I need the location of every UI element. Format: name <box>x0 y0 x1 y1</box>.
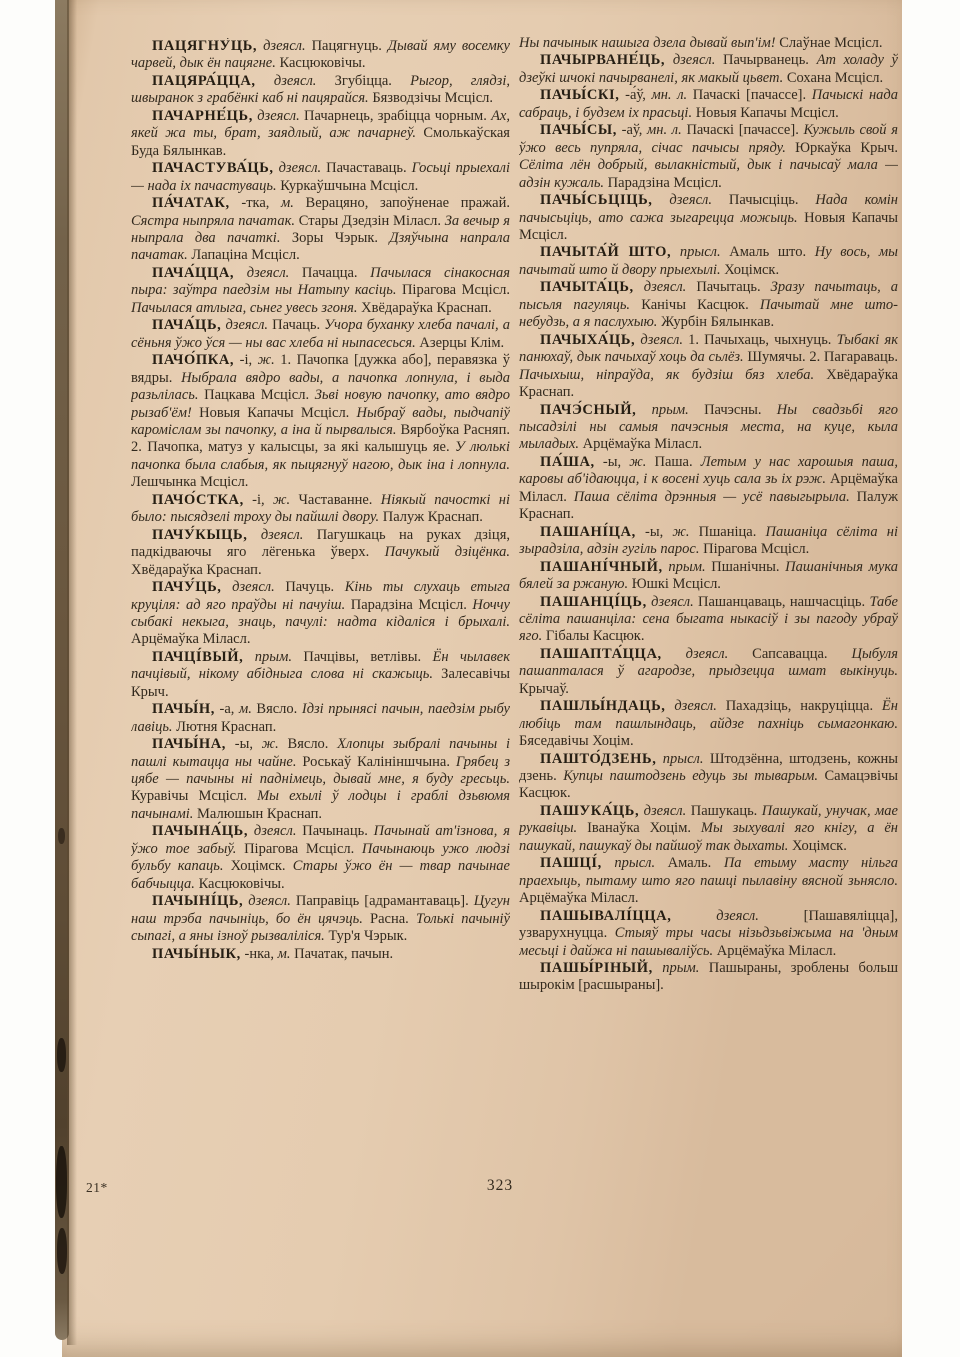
dictionary-entry: ПАШУКА́ЦЬ, дзеясл. Пашукаць. Пашукай, ун… <box>519 803 898 855</box>
italic-text: м. <box>234 701 251 717</box>
dictionary-entry: ПАЧАСТУВА́ЦЬ, дзеясл. Пачаставаць. Госьц… <box>131 160 510 195</box>
regular-text: Пашанцаваць, нашчасціць. <box>694 594 865 610</box>
italic-text: прым. <box>243 649 292 665</box>
headword: ПАЧЫХА́ЦЬ, <box>540 332 635 348</box>
italic-text: ж. <box>252 352 275 368</box>
dictionary-entry: ПАЧЫРВАНЕ́ЦЬ, дзеясл. Пачырванець. Ат хо… <box>519 52 898 87</box>
italic-text: дзеясл. <box>234 265 289 281</box>
italic-text: дзеясл. <box>274 160 322 176</box>
italic-text: Купцы паштодзень едуць зы тыварым. <box>557 768 818 784</box>
regular-text: Новыя Капачы Мсцісл. <box>192 405 349 421</box>
headword: ПАШУКА́ЦЬ, <box>540 803 639 819</box>
italic-text: мн. л. <box>642 122 681 138</box>
dictionary-entry: Ны пачынык нашыга дзела дывай вып'ім! Сл… <box>519 35 898 52</box>
italic-text: дзеясл. <box>634 279 687 295</box>
headword: ПАШЫВАЛІ́ЦЦА, <box>540 908 671 924</box>
italic-text: ж. <box>663 524 689 540</box>
italic-text: дзеясл. <box>222 579 275 595</box>
regular-text: Арцёмаўка Міласл. <box>519 890 638 906</box>
dictionary-entry: ПАЧУ́КЫЦЬ, дзеясл. Пагушкаць на руках дз… <box>131 527 510 579</box>
headword: ПАШЦІ́, <box>540 855 602 871</box>
dictionary-entry: ПАЧЫНІ́ЦЬ, дзеясл. Паправіць [адрамантав… <box>131 893 510 945</box>
regular-text: Хвёдараўка Краснап. <box>131 562 262 578</box>
dictionary-entry: ПАШТО́ДЗЕНЬ, прысл. Штодзённа, штодзень,… <box>519 751 898 803</box>
dictionary-entry: ПАШАПТА́ЦЦА, дзеясл. Сапсавацца. Цыбуля … <box>519 646 898 698</box>
italic-text: прысл. <box>656 751 703 767</box>
dictionary-entry: ПАЧА́ЦЬ, дзеясл. Пачаць. Учора буханку х… <box>131 317 510 352</box>
dictionary-entry: ПАЧЫ́СЫ, -аў, мн. л. Пачаскі [пачассе]. … <box>519 122 898 192</box>
headword: ПАЧЦІ́ВЫЙ, <box>152 649 243 665</box>
regular-text: Бяседавічы Хоцім. <box>519 733 634 749</box>
regular-text: Сапсавацца. <box>728 646 827 662</box>
regular-text: Частаванне. <box>290 492 372 508</box>
italic-text: дзеясл. <box>666 698 717 714</box>
regular-text: Іванаўка Хоцім. <box>577 820 691 836</box>
regular-text: Хоцімск. <box>721 262 780 278</box>
regular-text: Пшанічны. <box>706 559 780 575</box>
regular-text: Канічы Касцюк. <box>630 297 749 313</box>
italic-text: Пачыхыш, ніпраўда, як будзіш бяз хлеба. <box>519 367 814 383</box>
headword: ПАШАНІ́ЦА, <box>540 524 636 540</box>
ink-blotch <box>57 1038 66 1072</box>
headword: ПАЧЫ́НА, <box>152 736 226 752</box>
regular-text: Парадзіна Мсцісл. <box>604 175 722 191</box>
regular-text: Тур'я Чэрык. <box>325 928 407 944</box>
regular-text: Арцёмаўка Міласл. <box>713 943 836 959</box>
regular-text: Пшаніца. <box>689 524 756 540</box>
regular-text: Крычаў. <box>519 681 569 697</box>
headword: ПАЧЫТА́Й ШТО, <box>540 244 671 260</box>
regular-text: -ы, <box>226 736 253 752</box>
dictionary-entry: ПАЧО́ПКА, -і, ж. 1. Пачопка [дужка або],… <box>131 352 510 492</box>
headword: ПАЦЯГНУ́ЦЬ, <box>152 38 257 54</box>
italic-text: Пачукый дзіцёнка. <box>369 544 510 560</box>
regular-text: Амаль. <box>655 855 711 871</box>
headword: ПА́ША, <box>540 454 595 470</box>
regular-text: Малюшын Краснап. <box>193 806 322 822</box>
italic-text: м. <box>274 946 291 962</box>
dictionary-entry: ПАЧЫНА́ЦЬ, дзеясл. Пачынаць. Пачынай ат'… <box>131 823 510 893</box>
italic-text: Пачылася атлыга, сьнег увесь згоня. <box>131 300 358 316</box>
regular-text: Арцёмаўка Міласл. <box>131 631 250 647</box>
regular-text: Юркаўка Крыч. <box>786 140 898 156</box>
headword: ПАШЛЫ́НДАЦЬ, <box>540 698 666 714</box>
regular-text: Амаль што. <box>721 244 806 260</box>
italic-text: дзеясл. <box>671 908 758 924</box>
regular-text: Пахадзіць, накруціцца. <box>717 698 873 714</box>
italic-text: дзеясл. <box>635 332 683 348</box>
italic-text: ж. <box>253 736 279 752</box>
headword: ПАЧО́СТКА, <box>152 492 244 508</box>
dictionary-entry: ПА́ША, -ы, ж. Паша. Летым у нас харошыя … <box>519 454 898 524</box>
regular-text: Пачытаць. <box>686 279 760 295</box>
italic-text: дзеясл. <box>221 317 268 333</box>
italic-text: дзеясл. <box>253 108 300 124</box>
headword: ПАШАНЦІ́ЦЬ, <box>540 594 647 610</box>
italic-text: прым. <box>653 960 700 976</box>
regular-text: Пачысціць. <box>712 192 799 208</box>
italic-text: дзеясл. <box>248 823 296 839</box>
dictionary-entry: ПАШЫ́РІНЫЙ, прым. Пашыраны, зроблены бол… <box>519 960 898 995</box>
dictionary-entry: ПАЧО́СТКА, -і, ж. Частаванне. Ніякый пач… <box>131 492 510 527</box>
headword: ПАЧУ́КЫЦЬ, <box>152 527 247 543</box>
headword: ПАЧАРНЕ́ЦЬ, <box>152 108 253 124</box>
regular-text: Хоцімск. <box>788 838 847 854</box>
regular-text: Пачырванець. <box>715 52 809 68</box>
ink-blotch <box>58 828 65 844</box>
italic-text: дзеясл. <box>647 594 694 610</box>
regular-text: Вясло. <box>252 701 297 717</box>
italic-text: дзеясл. <box>662 646 728 662</box>
italic-text: дзеясл. <box>653 192 712 208</box>
regular-text: Пачынаць. <box>296 823 367 839</box>
dictionary-column-right: Ны пачынык нашыга дзела дывай вып'ім! Сл… <box>519 35 898 1200</box>
regular-text: Шумячы. 2. Пагараваць. <box>744 349 898 365</box>
ink-blotch <box>56 1146 67 1218</box>
regular-text: Пацкава Мсцісл. <box>199 387 310 403</box>
regular-text: Азерцы Клім. <box>416 335 504 351</box>
italic-text: Ны пачынык нашыга дзела дывай вып'ім! <box>519 35 776 51</box>
regular-text: -а́ў, <box>619 87 645 103</box>
dictionary-entry: ПАШАНІ́ЦА, -ы, ж. Пшаніца. Пашаніца сёлі… <box>519 524 898 559</box>
regular-text: -аў, <box>617 122 642 138</box>
regular-text: Пірагова Мсцісл. <box>396 282 510 298</box>
headword: ПАЧЭ́СНЫЙ, <box>540 402 636 418</box>
regular-text: Касцюковічы. <box>195 876 285 892</box>
regular-text: Згубіцца. <box>316 73 391 89</box>
dictionary-entry: ПАШАНЦІ́ЦЬ, дзеясл. Пашанцаваць, нашчасц… <box>519 594 898 646</box>
italic-text: дзеясл. <box>665 52 715 68</box>
regular-text: -ы, <box>636 524 663 540</box>
headword: ПАШАПТА́ЦЦА, <box>540 646 662 662</box>
dictionary-entry: ПАЧЫХА́ЦЬ, дзеясл. 1. Пачыхаць, чыхнуць.… <box>519 332 898 402</box>
headword: ПАЧЫНІ́ЦЬ, <box>152 893 243 909</box>
dictionary-entry: ПАЧАРНЕ́ЦЬ, дзеясл. Пачарнець, зрабіцца … <box>131 108 510 160</box>
regular-text: Верацяно, запоўненае пражай. <box>294 195 510 211</box>
regular-text: Расна. <box>363 911 409 927</box>
regular-text: Сохана Мсцісл. <box>783 70 883 86</box>
headword: ПАЧЫТА́ЦЬ, <box>540 279 634 295</box>
headword: ПАЧЫНА́ЦЬ, <box>152 823 248 839</box>
regular-text: Лапаціна Мсцісл. <box>188 247 300 263</box>
italic-text: м. <box>269 195 294 211</box>
signature-mark: 21* <box>86 1180 108 1196</box>
regular-text: Журбін Бялынкав. <box>657 314 774 330</box>
headword: ПАЧЫРВАНЕ́ЦЬ, <box>540 52 665 68</box>
regular-text: Лешчынка Мсцісл. <box>131 474 248 490</box>
regular-text: Пачуць. <box>275 579 334 595</box>
regular-text: Пачаць. <box>268 317 320 333</box>
headword: ПАЧУ́ЦЬ, <box>152 579 222 595</box>
italic-text: прысл. <box>671 244 720 260</box>
regular-text: Бязводзічы Мсцісл. <box>369 90 493 106</box>
regular-text: Пачарнець, зрабіцца чорным. <box>300 108 487 124</box>
dictionary-entry: ПАЧА́ЦЦА, дзеясл. Пачацца. Пачылася сіна… <box>131 265 510 317</box>
regular-text: Паша. <box>646 454 692 470</box>
regular-text: Слаўнае Мсцісл. <box>776 35 883 51</box>
italic-text: прысл. <box>602 855 655 871</box>
headword: ПАШАНІ́ЧНЫЙ, <box>540 559 663 575</box>
regular-text: Арцёмаўка Міласл. <box>579 436 702 452</box>
dictionary-entry: ПАЧЫТА́ЦЬ, дзеясл. Пачытаць. Зразу пачыт… <box>519 279 898 331</box>
regular-text: Паправіць [адрамантаваць]. <box>291 893 469 909</box>
italic-text: дзеясл. <box>639 803 686 819</box>
regular-text: Пашукаць. <box>686 803 757 819</box>
regular-text: Стары Дзедзін Міласл. <box>295 213 441 229</box>
regular-text: Пачаскі [пачассе]. <box>682 122 799 138</box>
headword: ПАШТО́ДЗЕНЬ, <box>540 751 656 767</box>
italic-text: прым. <box>663 559 706 575</box>
headword: ПАЧАСТУВА́ЦЬ, <box>152 160 274 176</box>
dictionary-entry: ПАЦЯРА́ЦЦА, дзеясл. Згубіцца. Рыгор, гля… <box>131 73 510 108</box>
dictionary-entry: ПАШЛЫ́НДАЦЬ, дзеясл. Пахадзіць, накруціц… <box>519 698 898 750</box>
regular-text: Хвёдараўка Краснап. <box>358 300 492 316</box>
dictionary-entry: ПАШАНІ́ЧНЫЙ, прым. Пшанічны. Пашанічныя … <box>519 559 898 594</box>
headword: ПАЧЫ́Н, <box>152 701 215 717</box>
italic-text: ж. <box>265 492 290 508</box>
page-number: 323 <box>445 1177 555 1195</box>
regular-text: -нка, <box>241 946 274 962</box>
italic-text: ж. <box>621 454 646 470</box>
regular-text: Пачэсны. <box>689 402 762 418</box>
dictionary-entry: ПАШЫВАЛІ́ЦЦА, дзеясл. [Пашавяліцца], узв… <box>519 908 898 960</box>
italic-text: дзеясл. <box>256 73 317 89</box>
regular-text: 1. Пачыхаць, чыхнуць. <box>683 332 831 348</box>
headword: ПАШЫ́РІНЫЙ, <box>540 960 653 976</box>
italic-text: мн. л. <box>646 87 687 103</box>
regular-text: Вясло. <box>279 736 329 752</box>
dictionary-entry: ПАЧЫ́СЬЦІЦЬ, дзеясл. Пачысціць. Нада ком… <box>519 192 898 244</box>
headword: ПАЧО́ПКА, <box>152 352 234 368</box>
regular-text: Пірагова Мсцісл. <box>699 541 809 557</box>
dictionary-entry: ПАЦЯГНУ́ЦЬ, дзеясл. Пацягнуць. Дывай яму… <box>131 38 510 73</box>
regular-text: Пірагова Мсцісл. <box>236 841 354 857</box>
regular-text: Пачцівы, ветлівы. <box>292 649 421 665</box>
regular-text: Куркаўшчына Мсцісл. <box>277 178 419 194</box>
regular-text: Касцюковічы. <box>276 55 366 71</box>
headword: ПАЧЫ́СКІ, <box>540 87 619 103</box>
regular-text: Юшкі Мсцісл. <box>628 576 721 592</box>
italic-text: Паша сёліта дрэнныя — усё павыгырыла. <box>567 489 850 505</box>
dictionary-entry: ПАШЦІ́, прысл. Амаль. Па етыму масту ніл… <box>519 855 898 907</box>
regular-text: Палуж Краснап. <box>379 509 483 525</box>
dictionary-entry: ПАЧЦІ́ВЫЙ, прым. Пачцівы, ветлівы. Ён чы… <box>131 649 510 701</box>
dictionary-entry: ПАЧУ́ЦЬ, дзеясл. Пачуць. Кінь ты слухаць… <box>131 579 510 649</box>
dictionary-entry: ПАЧЫ́НЫК, -нка, м. Пачатак, пачын. <box>131 946 510 963</box>
scanned-dictionary-page: ПАЦЯГНУ́ЦЬ, дзеясл. Пацягнуць. Дывай яму… <box>0 0 960 1357</box>
dictionary-entry: ПАЧЫ́НА, -ы, ж. Вясло. Хлопцы зыбралі па… <box>131 736 510 823</box>
regular-text: Пачацца. <box>289 265 357 281</box>
italic-text: дзеясл. <box>243 893 291 909</box>
headword: ПАЦЯРА́ЦЦА, <box>152 73 256 89</box>
italic-text: дзеясл. <box>257 38 306 54</box>
regular-text: Новыя Капачы Мсцісл. <box>692 105 839 121</box>
regular-text: Зоры Чэрык. <box>280 230 378 246</box>
regular-text: -і, <box>234 352 252 368</box>
regular-text: Пачаскі [пачассе]. <box>687 87 806 103</box>
dictionary-entry: ПАЧЫ́Н, -а, м. Вясло. Ідзі прынясі пачын… <box>131 701 510 736</box>
regular-text: -ы, <box>595 454 621 470</box>
regular-text: Роськаў Калініншчына. <box>297 754 450 770</box>
regular-text: -і, <box>244 492 265 508</box>
italic-text: Сястра ныпряла пачатак. <box>131 213 295 229</box>
regular-text: Пачатак, пачын. <box>291 946 394 962</box>
regular-text: Куравічы Мсцісл. <box>131 788 247 804</box>
binding-shadow <box>67 0 77 1345</box>
regular-text: Пацягнуць. <box>306 38 382 54</box>
regular-text: Хоцімск. <box>223 858 285 874</box>
headword: ПАЧЫ́НЫК, <box>152 946 241 962</box>
ink-blotch <box>57 1228 67 1274</box>
dictionary-column-left: ПАЦЯГНУ́ЦЬ, дзеясл. Пацягнуць. Дывай яму… <box>131 38 510 1203</box>
headword: ПАЧЫ́СЬЦІЦЬ, <box>540 192 653 208</box>
italic-text: прым. <box>636 402 688 418</box>
dictionary-entry: ПАЧЫТА́Й ШТО, прысл. Амаль што. Ну вось,… <box>519 244 898 279</box>
headword: ПАЧЫ́СЫ, <box>540 122 617 138</box>
italic-text: дзеясл. <box>247 527 303 543</box>
regular-text: Пачаставаць. <box>321 160 406 176</box>
regular-text: Парадзіна Мсцісл. <box>345 597 467 613</box>
headword: ПА́ЧАТАК, <box>152 195 230 211</box>
dictionary-entry: ПА́ЧАТАК, -тка, м. Верацяно, запоўненае … <box>131 195 510 265</box>
regular-text: Гібалы Касцюк. <box>542 628 644 644</box>
regular-text: -тка, <box>230 195 270 211</box>
regular-text: Лютня Краснап. <box>173 719 277 735</box>
dictionary-entry: ПАЧЫ́СКІ, -а́ў, мн. л. Пачаскі [пачассе]… <box>519 87 898 122</box>
headword: ПАЧА́ЦЬ, <box>152 317 221 333</box>
regular-text: -а, <box>215 701 234 717</box>
dictionary-entry: ПАЧЭ́СНЫЙ, прым. Пачэсны. Ны свадзьбі яг… <box>519 402 898 454</box>
headword: ПАЧА́ЦЦА, <box>152 265 234 281</box>
